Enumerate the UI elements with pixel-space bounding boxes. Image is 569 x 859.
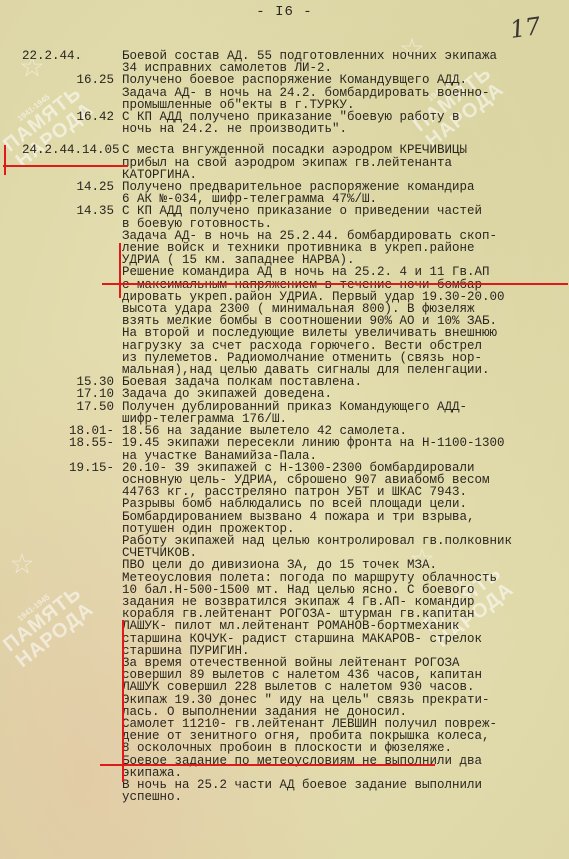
log-entry: 17.50Получен дублированний приказ Команд… [0,401,569,425]
log-entry: 16.25Получено боевое распоряжение Команд… [0,74,569,111]
entry-timestamp: 18.55- [0,437,122,461]
red-margin-mark [122,620,124,782]
red-underline-mark [102,283,568,285]
entry-text: Получено предварительное распоряжение ко… [122,181,569,205]
red-margin-mark [119,243,121,298]
entry-timestamp: 16.25 [0,74,122,111]
entry-timestamp: 19.15- [0,462,122,804]
entry-text: С места внгужденной посадки аэродром КРЕ… [122,144,569,181]
entry-timestamp: 17.50 [0,401,122,425]
log-entry: 19.15-20.10- 39 экипажей с Н-1300-2300 б… [0,462,569,804]
red-margin-mark [4,145,6,175]
entry-timestamp: 24.2.44.14.05 [0,144,122,181]
log-entry: 18.55-19.45 экипажи пересекли линию фрон… [0,437,569,461]
entry-timestamp: 16.42 [0,111,122,135]
entry-text: Получен дублированний приказ Командующег… [122,401,569,425]
log-entry: 14.35С КП АДД получено приказание о прив… [0,205,569,376]
log-entry: 24.2.44.14.05С места внгужденной посадки… [0,144,569,181]
page-number: - I6 - [0,4,569,20]
entry-text: С КП АДД получено приказание о приведени… [122,205,569,376]
archive-document-page: - I6 - 17 ☆ 1941-1945 ПАМЯТЬ НАРОДА ☆ 19… [0,0,569,859]
entry-text: 19.45 экипажи пересекли линию фронта на … [122,437,569,461]
entry-timestamp: 14.25 [0,181,122,205]
entry-timestamp: 14.35 [0,205,122,376]
handwritten-folio-number: 17 [508,12,542,44]
entry-text: С КП АДД получено приказание "боевую раб… [122,111,569,135]
log-entry: 17.10Задача до экипажей доведена. [0,388,569,400]
red-underline-mark [3,165,128,167]
entry-timestamp: 17.10 [0,388,122,400]
entry-text: Задача до экипажей доведена. [122,388,569,400]
entry-timestamp: 22.2.44. [0,50,122,74]
log-entry: 14.25Получено предварительное распоряжен… [0,181,569,205]
log-entry: 16.42С КП АДД получено приказание "боеву… [0,111,569,135]
entry-text: 20.10- 39 экипажей с Н-1300-2300 бомбард… [122,462,569,804]
entry-text: Боевой состав АД. 55 подготовленних ночн… [122,50,569,74]
log-entry: 22.2.44.Боевой состав АД. 55 подготовлен… [0,50,569,74]
entry-text: Получено боевое распоряжение Командувщег… [122,74,569,111]
log-entries: 22.2.44.Боевой состав АД. 55 подготовлен… [0,50,569,803]
red-underline-mark [100,764,435,766]
